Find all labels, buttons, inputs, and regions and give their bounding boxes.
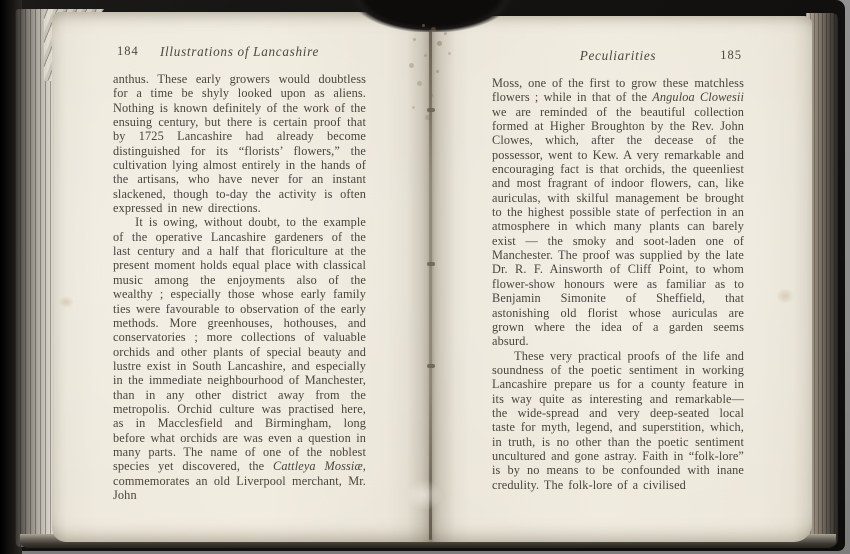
foxing-spot bbox=[58, 296, 74, 308]
gutter-top-cover-gap bbox=[352, 0, 512, 32]
right-running-header: Peculiarities bbox=[492, 48, 744, 64]
foxing-spot bbox=[776, 288, 794, 304]
binding-stitch bbox=[427, 108, 435, 112]
left-running-header: Illustrations of Lancashire bbox=[113, 44, 366, 60]
paragraph: anthus. These early growers would doubtl… bbox=[113, 72, 366, 215]
binding-stitch bbox=[427, 364, 435, 368]
photo-background: 184 Illustrations of Lancashire anthus. … bbox=[0, 0, 850, 554]
text-run: we are reminded of the beautiful collect… bbox=[492, 105, 744, 349]
right-page-text: Moss, one of the first to grow these mat… bbox=[492, 76, 744, 492]
paragraph: It is owing, without doubt, to the examp… bbox=[113, 215, 366, 502]
text-run: It is owing, without doubt, to the examp… bbox=[113, 215, 366, 473]
species-name-italic: Cattleya Mossiæ bbox=[273, 459, 363, 473]
text-run: anthus. These early growers would doubtl… bbox=[113, 72, 366, 215]
foxing-spots bbox=[422, 24, 425, 27]
right-page-number: 185 bbox=[720, 48, 742, 63]
right-page-content: Peculiarities 185 Moss, one of the first… bbox=[492, 48, 744, 492]
left-page-edge-stack bbox=[15, 9, 57, 547]
paragraph: Moss, one of the first to grow these mat… bbox=[492, 76, 744, 349]
text-run: These very practical proofs of the life … bbox=[492, 349, 744, 492]
left-page-content: 184 Illustrations of Lancashire anthus. … bbox=[113, 44, 366, 502]
species-name-italic: Anguloa Clowesii bbox=[652, 90, 744, 104]
left-page-number: 184 bbox=[117, 44, 139, 59]
left-page-text: anthus. These early growers would doubtl… bbox=[113, 72, 366, 502]
binding-seam bbox=[429, 30, 432, 540]
paragraph: These very practical proofs of the life … bbox=[492, 349, 744, 492]
right-page-header: Peculiarities 185 bbox=[492, 48, 744, 65]
binding-stitch bbox=[427, 262, 435, 266]
left-page-header: 184 Illustrations of Lancashire bbox=[113, 44, 366, 61]
page-sheen bbox=[404, 478, 444, 512]
